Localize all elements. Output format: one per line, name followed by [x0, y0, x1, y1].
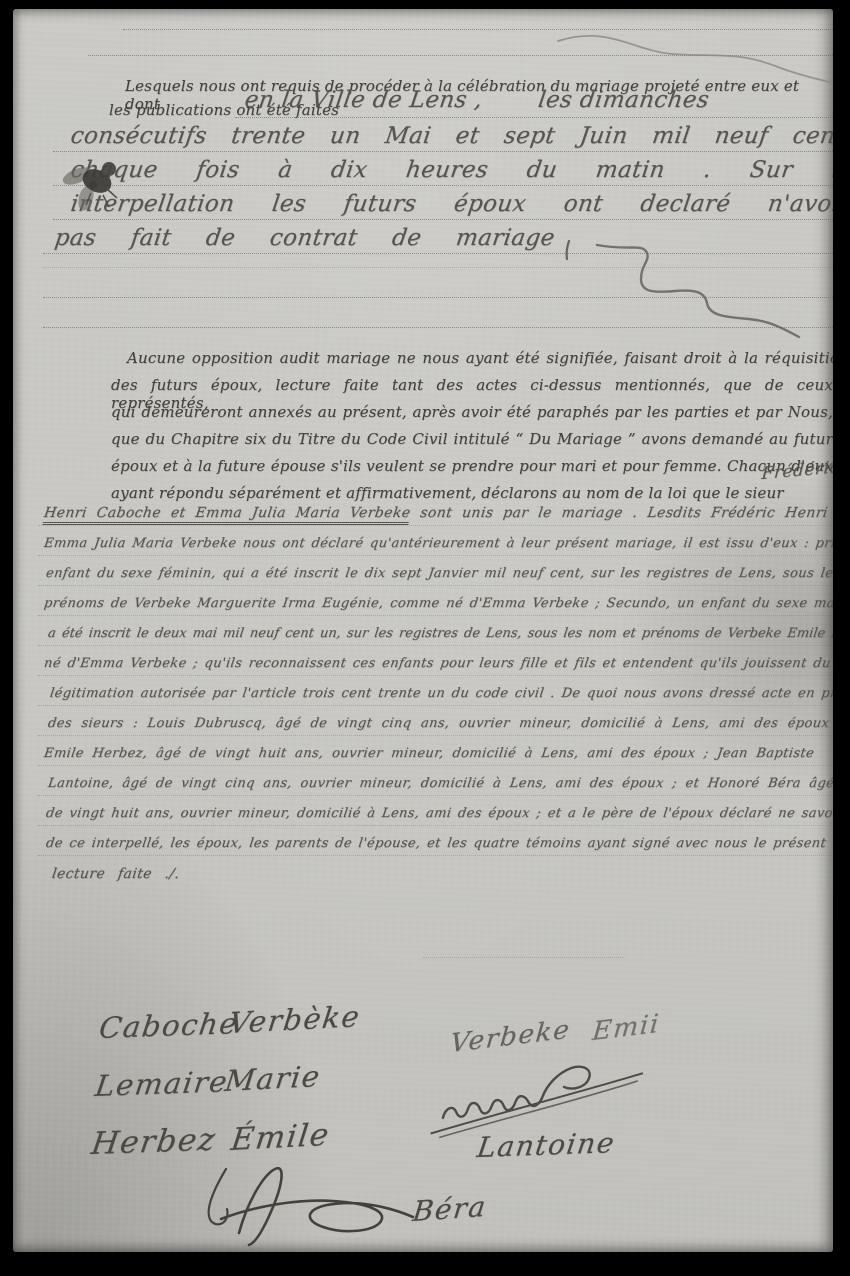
signature-verbeke-pere: Verbèke [227, 999, 363, 1040]
flourish-paraph [205, 1159, 420, 1247]
signature-verbeke-epouse: Verbeke [449, 1015, 572, 1059]
handwriting-line: pas fait de contrat de mariage [53, 225, 557, 251]
handwriting-text: sont unis par le mariage . Lesdits Frédé… [419, 505, 833, 521]
ruled-line [38, 585, 833, 586]
signature-lemaire: Lemaire [93, 1064, 231, 1103]
document-page: Lesquels nous ont requis de procéder à l… [13, 9, 833, 1252]
handwriting-line: de vingt huit ans, ouvrier mineur, domic… [45, 806, 833, 821]
ruled-line [38, 795, 833, 796]
ruled-line [38, 825, 833, 826]
handwriting-line: des sieurs : Louis Dubruscq, âgé de ving… [47, 716, 833, 731]
signature-marie: Marie [223, 1059, 323, 1098]
handwriting-place: en la Ville de Lens , [243, 87, 484, 113]
signature-emile: Émile [229, 1117, 332, 1158]
signature-herbez: Herbez [89, 1122, 219, 1162]
ruled-line [423, 957, 623, 958]
handwriting-line: a été inscrit le deux mai mil neuf cent … [47, 626, 833, 641]
signature-bera: Béra [411, 1190, 488, 1228]
underlined-names: Henri Caboche et Emma Julia Maria Verbek… [42, 505, 411, 525]
ruled-line [38, 675, 833, 676]
fly-ink-blot [63, 149, 127, 217]
ruled-line [38, 525, 833, 526]
handwriting-days: les dimanches [536, 87, 710, 113]
printed-text-line: époux et à la future épouse s'ils veulen… [111, 457, 833, 475]
ruled-line [53, 151, 833, 152]
handwriting-line: en la Ville de Lens ,les dimanches [243, 87, 711, 113]
handwriting-line: de ce interpellé, les époux, les parents… [45, 836, 833, 851]
handwriting-line: Lantoine, âgé de vingt cinq ans, ouvrier… [47, 776, 833, 791]
ruled-line [38, 735, 833, 736]
handwriting-line: prénoms de Verbeke Marguerite Irma Eugén… [43, 596, 833, 611]
ruled-line [53, 185, 833, 186]
printed-text-line: ayant répondu séparément et affirmativem… [111, 484, 833, 502]
printed-text-line: Aucune opposition audit mariage ne nous … [111, 349, 833, 367]
handwriting-line: interpellation les futurs époux ont decl… [69, 191, 833, 217]
handwriting-line: Emile Herbez, âgé de vingt huit ans, ouv… [43, 746, 815, 761]
handwriting-line: chaque fois à dix heures du matin . Sur … [69, 157, 833, 183]
handwriting-line: enfant du sexe féminin, qui a été inscri… [45, 566, 833, 581]
handwriting-line: né d'Emma Verbeke ; qu'ils reconnaissent… [43, 656, 833, 671]
scan-background: Lesquels nous ont requis de procéder à l… [0, 0, 850, 1276]
illegible-signature-scribble [422, 1046, 674, 1145]
ruled-line [38, 705, 833, 706]
signature-verbeke-epouse-prenom: Emii [591, 1009, 661, 1047]
ruled-line [38, 615, 833, 616]
ruled-line [38, 645, 833, 646]
handwriting-line: Henri Caboche et Emma Julia Maria Verbek… [43, 505, 833, 521]
printed-text-line: qui demeureront annexés au présent, aprè… [111, 403, 833, 421]
handwriting-line: consécutifs trente un Mai et sept Juin m… [69, 123, 833, 149]
ruled-line [53, 219, 833, 220]
handwriting-line: lecture faite ./. [51, 866, 181, 882]
handwriting-line: légitimation autorisée par l'article tro… [49, 686, 833, 701]
ruled-line [38, 855, 833, 856]
signature-caboche: Caboche [97, 1006, 241, 1045]
filler-squiggle-zigzag [553, 235, 818, 347]
handwriting-line: Emma Julia Maria Verbeke nous ont déclar… [43, 536, 833, 551]
ruled-line [38, 765, 833, 766]
ruled-line [38, 555, 833, 556]
printed-text-line: que du Chapitre six du Titre du Code Civ… [111, 430, 833, 448]
